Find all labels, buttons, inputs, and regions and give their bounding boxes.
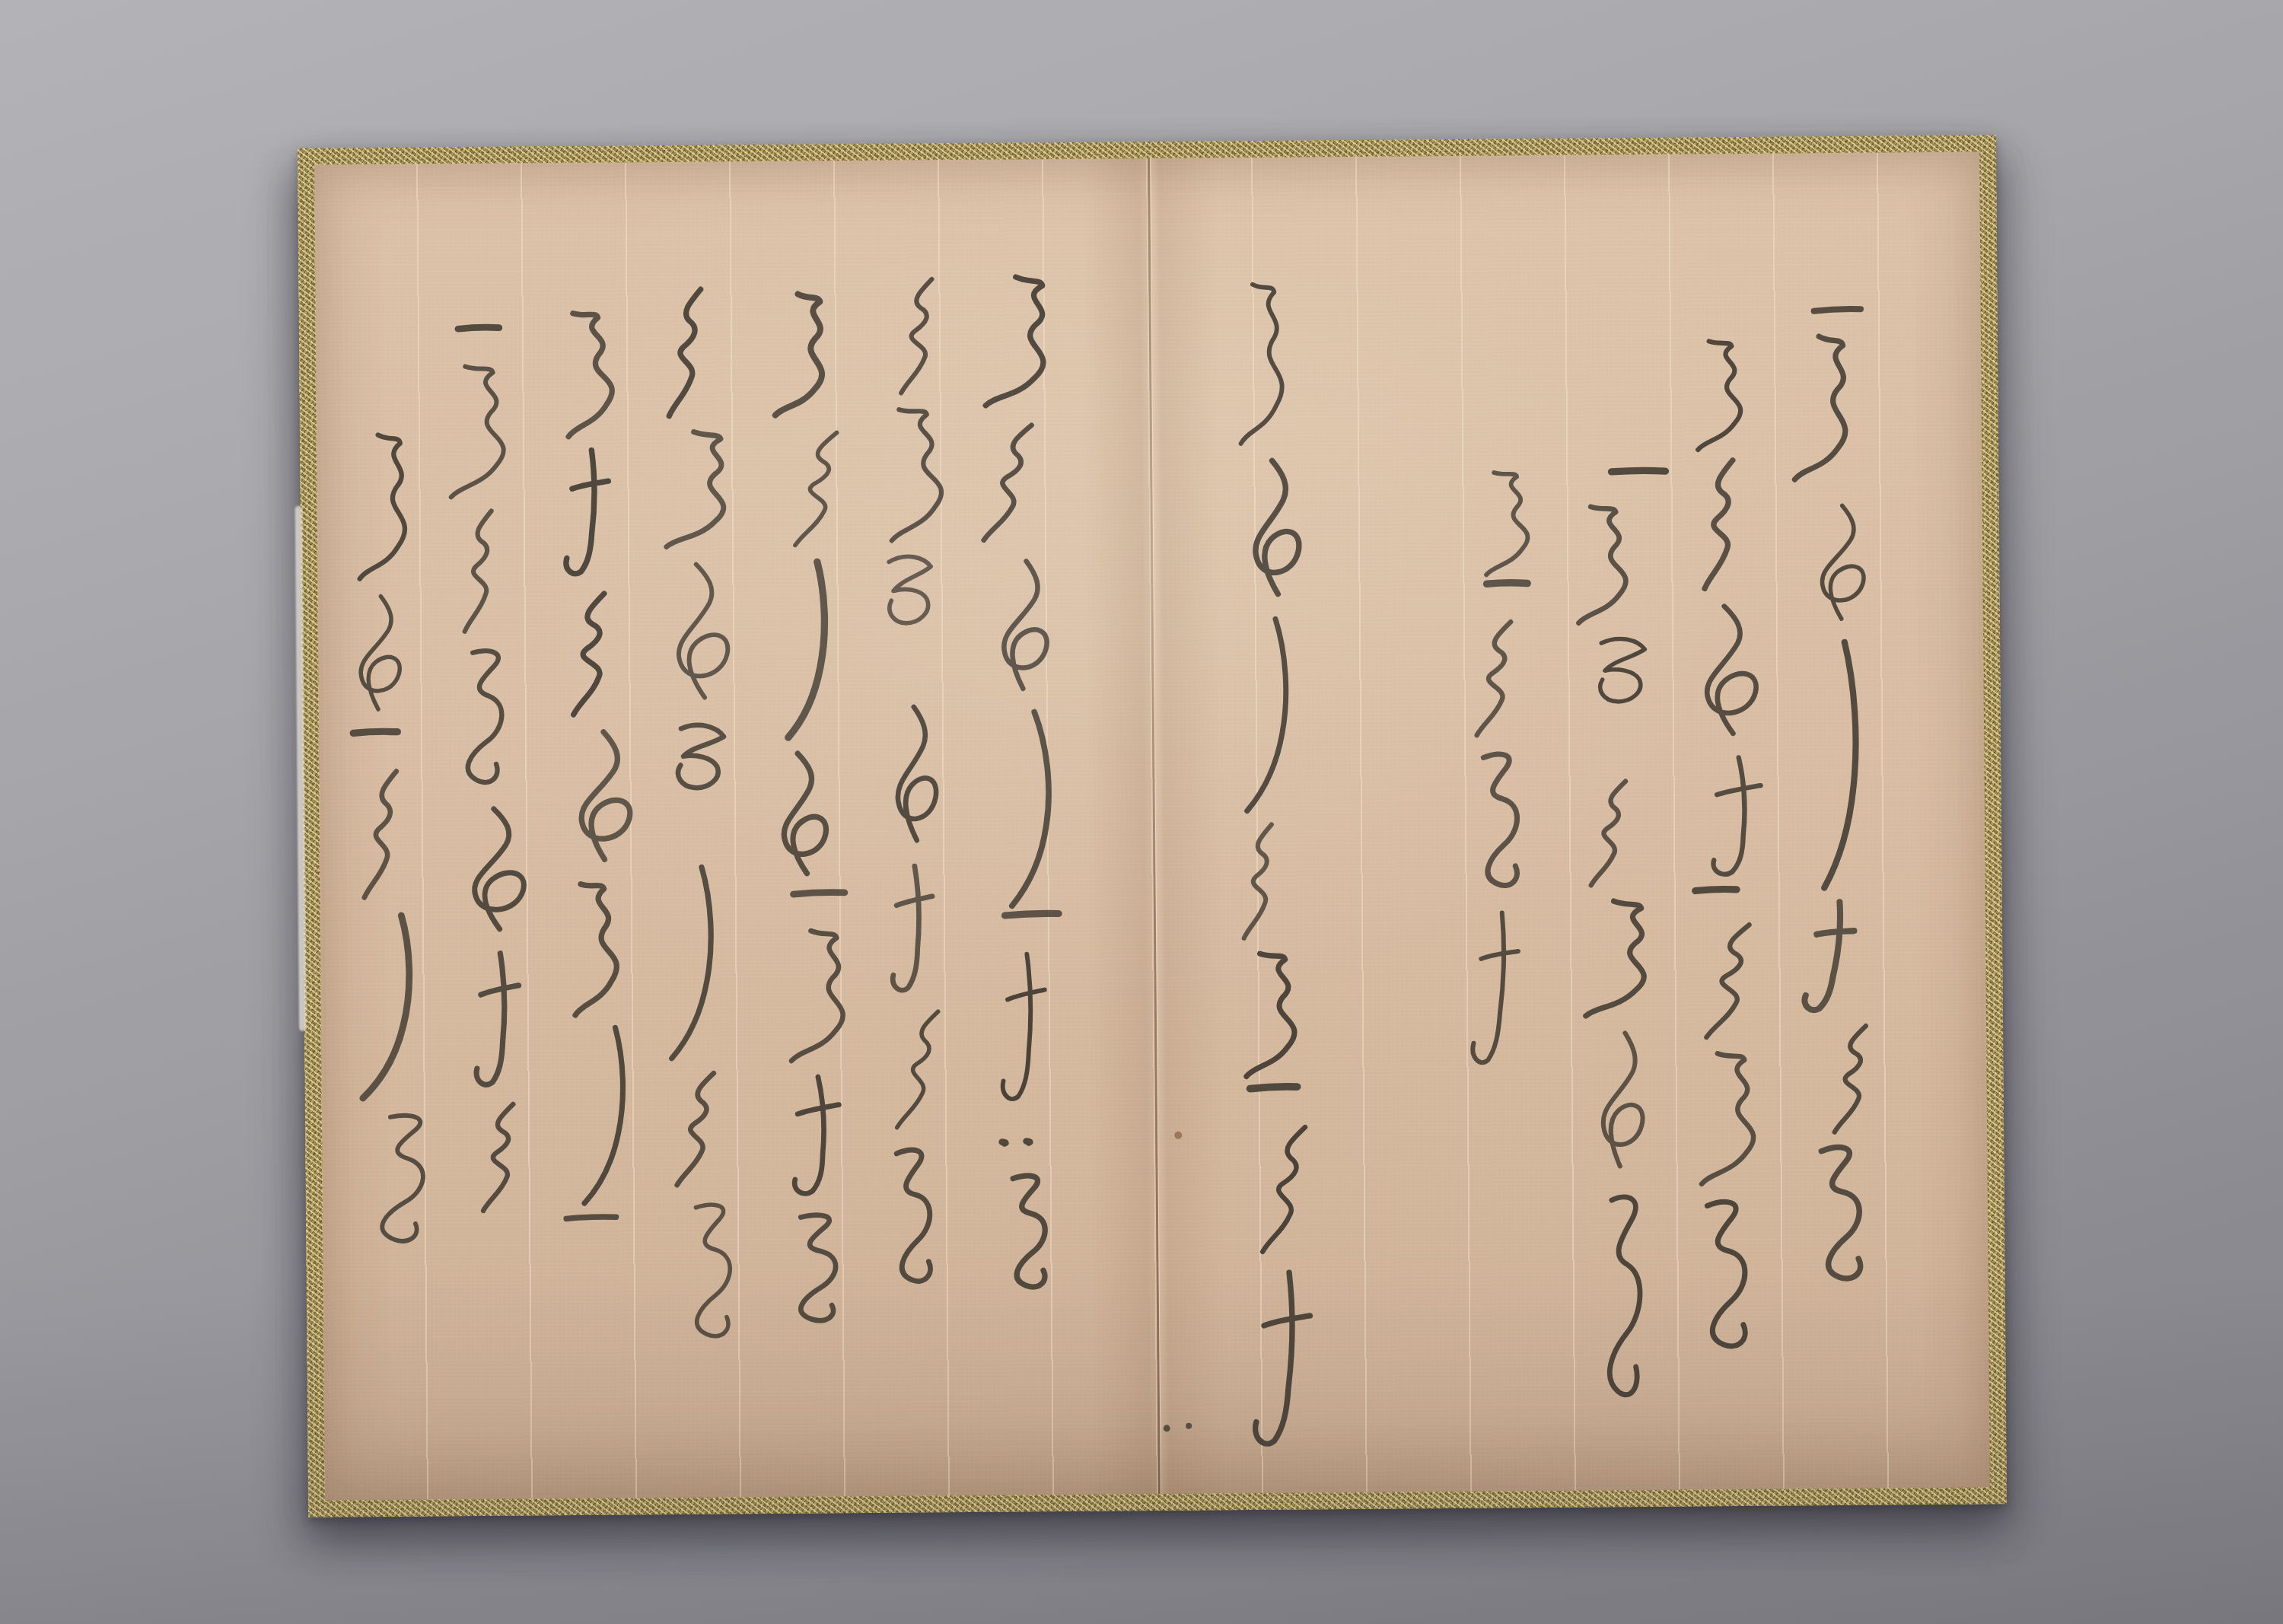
gutter-shading-left <box>1081 158 1160 1495</box>
open-album-book <box>298 135 2007 1517</box>
left-page-column-guides <box>314 158 1160 1501</box>
studio-background <box>0 0 2283 1624</box>
right-page-column-guides <box>1149 151 1990 1494</box>
paper-spread <box>314 151 1990 1500</box>
gutter-shading-right <box>1149 158 1228 1494</box>
